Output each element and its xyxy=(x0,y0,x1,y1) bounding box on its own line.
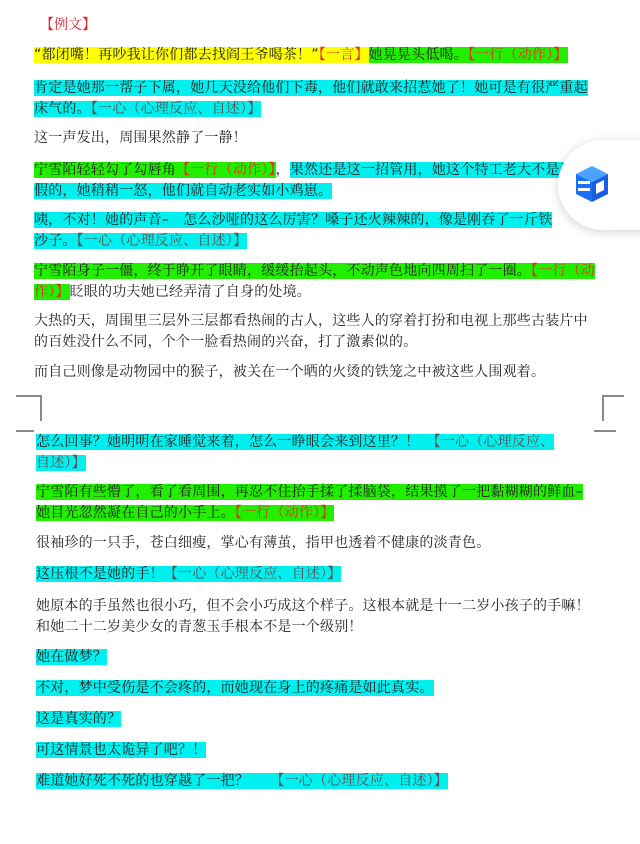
annotation-tag-thought: 【一心（心理反应、自述）】 xyxy=(91,101,262,117)
action-text: 宁雪陌身子一僵，终于睁开了眼睛，缓缓抬起头，不动声色地向四周扫了一圈。 xyxy=(34,263,531,279)
paragraph: 她在做梦？ xyxy=(36,647,600,668)
dialogue-text: “都闭嘴！再吵我让你们都去找阎王爷喝茶！” xyxy=(34,47,319,63)
thought-text: 不对，梦中受伤是不会疼的，而她现在身上的疼痛是如此真实。 xyxy=(36,680,434,696)
paragraph: 可这情景也太诡异了吧？！ xyxy=(36,740,600,761)
thought-text: 这压根不是她的手！ xyxy=(36,566,164,582)
thought-text: 她在做梦？ xyxy=(36,649,107,665)
cube-app-icon xyxy=(574,164,610,204)
thought-text: 怎么回事？她明明在家睡觉来着，怎么一睁眼会来到这里？！ xyxy=(36,434,434,450)
paragraph: 肯定是她那一帮子下属，她几天没给他们下毒，他们就敢来招惹她了！她可是有很严重起床… xyxy=(34,78,598,120)
annotation-tag-action: 【一行（动作）】 xyxy=(176,162,276,178)
narration-text: 这一声发出，周围果然静了一静！ xyxy=(34,130,247,146)
paragraph: 难道她好死不死的也穿越了一把？ 【一心（心理反应、自述）】 xyxy=(36,771,600,792)
annotation-tag-thought: 【一心（心理反应、自述）】 xyxy=(164,566,342,582)
annotation-tag-thought: 【一心（心理反应、自述）】 xyxy=(277,773,448,789)
annotation-tag-speech: 【一言】 xyxy=(319,47,369,63)
narration-text: 眨眼的功夫她已经弄清了自身的处境。 xyxy=(70,284,311,300)
page-corner-mark xyxy=(16,395,42,397)
action-text: 宁雪陌轻轻勾了勾唇角 xyxy=(34,162,176,178)
thought-text: 这是真实的？ xyxy=(36,711,121,727)
page-corner-mark xyxy=(602,395,624,397)
thought-text: 难道她好死不死的也穿越了一把？ xyxy=(36,773,277,789)
paragraph: 这一声发出，周围果然静了一静！ xyxy=(34,128,598,149)
narration-text: 很袖珍的一只手，苍白细瘦，掌心有薄茧，指甲也透着不健康的淡青色。 xyxy=(36,535,490,551)
page-corner-mark xyxy=(40,395,42,421)
page-corner-mark xyxy=(602,395,604,421)
punctuation: ， xyxy=(276,162,290,178)
paragraph: 很袖珍的一只手，苍白细瘦，掌心有薄茧，指甲也透着不健康的淡青色。 xyxy=(36,533,600,554)
annotation-tag-action: 【一行（动作）】 xyxy=(235,505,335,521)
narration-text: 她原本的手虽然也很小巧，但不会小巧成这个样子。这根本就是十一二岁小孩子的手嘛！和… xyxy=(36,598,590,635)
floating-assistant-button[interactable] xyxy=(558,140,640,230)
paragraph: 而自己则像是动物园中的猴子，被关在一个晒的火烫的铁笼之中被这些人围观着。 xyxy=(34,362,598,383)
annotation-tag-action: 【一行（动作）】 xyxy=(468,47,568,63)
paragraph: 不对，梦中受伤是不会疼的，而她现在身上的疼痛是如此真实。 xyxy=(36,678,600,699)
paragraph: 宁雪陌轻轻勾了勾唇角【一行（动作）】，果然还是这一招管用，她这个特工老大不是当假… xyxy=(34,160,574,202)
paragraph: 宁雪陌有些懵了，看了看周围，再忍不住抬手揉了揉脑袋，结果摸了一把黏糊糊的鲜血–她… xyxy=(36,482,588,524)
action-text: 她晃晃头低喝。 xyxy=(369,47,468,63)
paragraph: 她原本的手虽然也很小巧，但不会小巧成这个样子。这根本就是十一二岁小孩子的手嘛！和… xyxy=(36,596,596,638)
narration-text: 而自己则像是动物园中的猴子，被关在一个晒的火烫的铁笼之中被这些人围观着。 xyxy=(34,364,545,380)
thought-text: 可这情景也太诡异了吧？！ xyxy=(36,742,206,758)
page-corner-mark xyxy=(16,430,34,432)
paragraph: 这压根不是她的手！【一心（心理反应、自述）】 xyxy=(36,564,600,585)
paragraph: 咦，不对！她的声音– 怎么沙哑的这么厉害？嗓子还火辣辣的，像是刚吞了一斤铁沙子。… xyxy=(34,210,564,252)
document-page: 【例文】 “都闭嘴！再吵我让你们都去找阎王爷喝茶！”【一言】她晃晃头低喝。【一行… xyxy=(0,0,640,844)
page-corner-mark xyxy=(594,430,616,432)
annotation-tag-thought: 【一心（心理反应、自述）】 xyxy=(77,233,248,249)
paragraph: 这是真实的？ xyxy=(36,709,600,730)
paragraph: 宁雪陌身子一僵，终于睁开了眼睛，缓缓抬起头，不动声色地向四周扫了一圈。【一行（动… xyxy=(34,261,598,303)
paragraph: 怎么回事？她明明在家睡觉来着，怎么一睁眼会来到这里？！ 【一心（心理反应、自述）… xyxy=(36,432,566,474)
paragraph: 大热的天，周围里三层外三层都看热闹的古人，这些人的穿着打扮和电视上那些古装片中的… xyxy=(34,311,598,353)
example-label: 【例文】 xyxy=(40,14,96,34)
narration-text: 大热的天，周围里三层外三层都看热闹的古人，这些人的穿着打扮和电视上那些古装片中的… xyxy=(34,313,588,350)
paragraph: “都闭嘴！再吵我让你们都去找阎王爷喝茶！”【一言】她晃晃头低喝。【一行（动作）】 xyxy=(34,45,598,66)
